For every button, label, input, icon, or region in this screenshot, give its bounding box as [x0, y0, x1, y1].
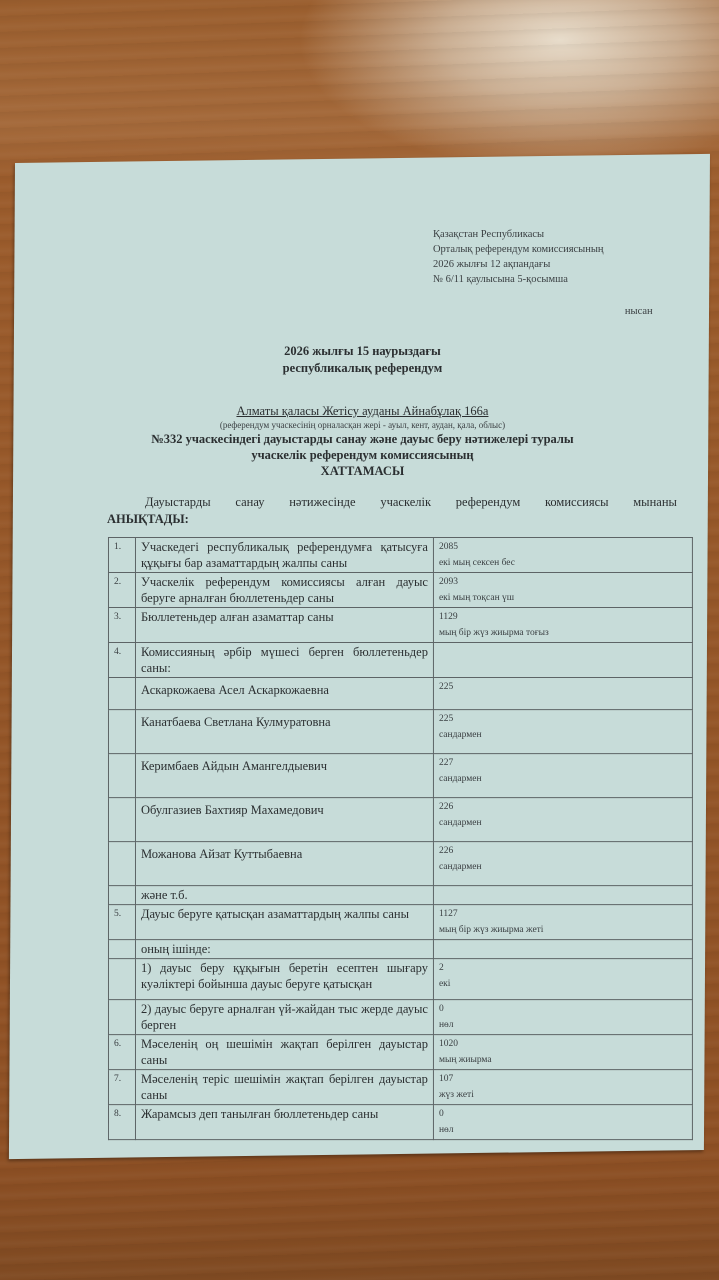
row-label: Аскаркожаева Асел Аскаркожаевна	[135, 678, 433, 710]
row-number	[108, 940, 135, 959]
intro-word: нәтижесінде	[289, 494, 355, 511]
row-value-number: 225	[439, 679, 687, 695]
table-row: Можанова Айзат Куттыбаевна226сандармен	[108, 842, 692, 886]
intro-word: Дауыстарды	[145, 494, 211, 511]
table-row: 6.Мәселенің оң шешімін жақтап берілген д…	[108, 1035, 692, 1070]
row-number: 6.	[108, 1035, 135, 1070]
row-value-number: 2093	[439, 574, 687, 590]
row-label: Мәселенің теріс шешімін жақтап берілген …	[135, 1070, 433, 1105]
intro-word: комиссиясы	[545, 494, 609, 511]
row-value-words: екі мың тоқсан үш	[439, 590, 687, 606]
row-number	[108, 886, 135, 905]
row-value-cell: 1020мың жиырма	[433, 1035, 692, 1070]
row-value-number: 226	[439, 843, 687, 859]
row-number: 1.	[108, 538, 135, 573]
intro-determined-label: АНЫҚТАДЫ:	[107, 511, 677, 528]
row-value-words: нөл	[439, 1017, 687, 1033]
row-number	[108, 798, 135, 842]
row-label: 2) дауыс беруге арналған үй-жайдан тыс ж…	[135, 1000, 433, 1035]
referendum-name: республикалық референдум	[15, 360, 710, 377]
row-value-cell: 226сандармен	[433, 798, 692, 842]
row-label: Дауыс беруге қатысқан азаматтардың жалпы…	[135, 905, 433, 940]
row-value-number: 0	[439, 1106, 687, 1122]
row-number	[108, 754, 135, 798]
polling-location: Алматы қаласы Жетісу ауданы Айнабұлақ 16…	[15, 404, 710, 419]
row-value-cell: 2екі	[433, 959, 692, 1000]
row-label: Керимбаев Айдын Амангелдыевич	[135, 754, 433, 798]
protocol-title-line: ХАТТАМАСЫ	[15, 463, 710, 479]
table-row: 4.Комиссияның әрбір мүшесі берген бюллет…	[108, 643, 692, 678]
row-value-cell	[433, 886, 692, 905]
appendix-line: Орталық референдум комиссиясының	[433, 242, 604, 257]
row-value-number: 2	[439, 960, 687, 976]
table-row: Керимбаев Айдын Амангелдыевич227сандарме…	[108, 754, 692, 798]
row-value-words: екі мың сексен бес	[439, 555, 687, 571]
table-row: 8.Жарамсыз деп танылған бюллетеньдер сан…	[108, 1105, 692, 1140]
table-row: 1.Учаскедегі республикалық референдумға …	[108, 538, 692, 573]
table-row: 3.Бюллетеньдер алған азаматтар саны1129м…	[108, 608, 692, 643]
row-value-words: мың бір жүз жиырма жеті	[439, 922, 687, 938]
row-label: Жарамсыз деп танылған бюллетеньдер саны	[135, 1105, 433, 1140]
table-row: Канатбаева Светлана Кулмуратовна225санда…	[108, 710, 692, 754]
polling-location-note: (референдум учаскесінің орналасқан жері …	[15, 420, 710, 430]
row-value-cell	[433, 643, 692, 678]
row-label: Можанова Айзат Куттыбаевна	[135, 842, 433, 886]
row-value-number: 225	[439, 711, 687, 727]
row-value-cell: 2093екі мың тоқсан үш	[433, 573, 692, 608]
row-value-words: сандармен	[439, 771, 687, 787]
row-number	[108, 710, 135, 754]
row-value-words: екі	[439, 976, 687, 992]
row-value-cell: 227сандармен	[433, 754, 692, 798]
row-label: Комиссияның әрбір мүшесі берген бюллетен…	[135, 643, 433, 678]
referendum-date: 2026 жылғы 15 наурыздағы	[15, 343, 710, 360]
row-value-number: 1127	[439, 906, 687, 922]
row-value-number: 1020	[439, 1036, 687, 1052]
intro-line: Дауыстарды санау нәтижесінде учаскелік р…	[107, 494, 677, 511]
protocol-title-line: №332 учаскесіндегі дауыстарды санау және…	[15, 431, 710, 447]
row-label: Учаскелік референдум комиссиясы алған да…	[135, 573, 433, 608]
row-number	[108, 1000, 135, 1035]
row-value-cell: 107жүз жеті	[433, 1070, 692, 1105]
row-value-words: мың бір жүз жиырма тоғыз	[439, 625, 687, 641]
row-value-words: нөл	[439, 1122, 687, 1138]
row-number	[108, 842, 135, 886]
row-value-number: 107	[439, 1071, 687, 1087]
row-value-words: сандармен	[439, 859, 687, 875]
intro-word: санау	[235, 494, 264, 511]
row-value-words: сандармен	[439, 727, 687, 743]
row-number: 8.	[108, 1105, 135, 1140]
row-value-cell: 1129мың бір жүз жиырма тоғыз	[433, 608, 692, 643]
row-value-cell: 2085екі мың сексен бес	[433, 538, 692, 573]
row-value-cell: 0нөл	[433, 1105, 692, 1140]
row-number: 3.	[108, 608, 135, 643]
row-number	[108, 678, 135, 710]
row-value-number: 2085	[439, 539, 687, 555]
row-label: Обулгазиев Бахтияр Махамедович	[135, 798, 433, 842]
table-row: 7.Мәселенің теріс шешімін жақтап берілге…	[108, 1070, 692, 1105]
intro-word: мынаны	[633, 494, 677, 511]
row-label: Бюллетеньдер алған азаматтар саны	[135, 608, 433, 643]
referendum-title: 2026 жылғы 15 наурыздағы республикалық р…	[15, 343, 710, 377]
table-row: Обулгазиев Бахтияр Махамедович226сандарм…	[108, 798, 692, 842]
row-label: Канатбаева Светлана Кулмуратовна	[135, 710, 433, 754]
row-number: 4.	[108, 643, 135, 678]
row-label: және т.б.	[135, 886, 433, 905]
intro-word: референдум	[456, 494, 520, 511]
row-value-cell: 1127мың бір жүз жиырма жеті	[433, 905, 692, 940]
form-label: нысан	[625, 306, 653, 317]
row-value-words: жүз жеті	[439, 1087, 687, 1103]
row-value-cell: 0нөл	[433, 1000, 692, 1035]
protocol-title-line: учаскелік референдум комиссиясының	[15, 447, 710, 463]
row-label: 1) дауыс беру құқығын беретін есептен шы…	[135, 959, 433, 1000]
row-value-words: мың жиырма	[439, 1052, 687, 1068]
appendix-header: Қазақстан Республикасы Орталық референду…	[433, 227, 604, 287]
row-value-cell	[433, 940, 692, 959]
appendix-line: Қазақстан Республикасы	[433, 227, 604, 242]
row-value-number: 1129	[439, 609, 687, 625]
row-label: оның ішінде:	[135, 940, 433, 959]
table-row: 2.Учаскелік референдум комиссиясы алған …	[108, 573, 692, 608]
row-number: 5.	[108, 905, 135, 940]
appendix-line: 2026 жылғы 12 ақпандағы	[433, 257, 604, 272]
protocol-title: №332 учаскесіндегі дауыстарды санау және…	[15, 431, 710, 479]
table-row: 5.Дауыс беруге қатысқан азаматтардың жал…	[108, 905, 692, 940]
row-label: Учаскедегі республикалық референдумға қа…	[135, 538, 433, 573]
row-number: 7.	[108, 1070, 135, 1105]
intro-word: учаскелік	[380, 494, 431, 511]
row-value-words: сандармен	[439, 815, 687, 831]
row-value-number: 227	[439, 755, 687, 771]
row-value-number: 226	[439, 799, 687, 815]
row-value-cell: 225сандармен	[433, 710, 692, 754]
table-row: 1) дауыс беру құқығын беретін есептен шы…	[108, 959, 692, 1000]
row-value-cell: 226сандармен	[433, 842, 692, 886]
table-row: және т.б.	[108, 886, 692, 905]
row-label: Мәселенің оң шешімін жақтап берілген дау…	[135, 1035, 433, 1070]
row-value-number: 0	[439, 1001, 687, 1017]
table-row: оның ішінде:	[108, 940, 692, 959]
table-row: 2) дауыс беруге арналған үй-жайдан тыс ж…	[108, 1000, 692, 1035]
appendix-line: № 6/11 қаулысына 5-қосымша	[433, 272, 604, 287]
row-value-cell: 225	[433, 678, 692, 710]
protocol-paper-sheet: Қазақстан Республикасы Орталық референду…	[9, 154, 710, 1159]
table-row: Аскаркожаева Асел Аскаркожаевна225	[108, 678, 692, 710]
results-table: 1.Учаскедегі республикалық референдумға …	[108, 537, 693, 1140]
row-number: 2.	[108, 573, 135, 608]
row-number	[108, 959, 135, 1000]
intro-paragraph: Дауыстарды санау нәтижесінде учаскелік р…	[107, 494, 677, 528]
